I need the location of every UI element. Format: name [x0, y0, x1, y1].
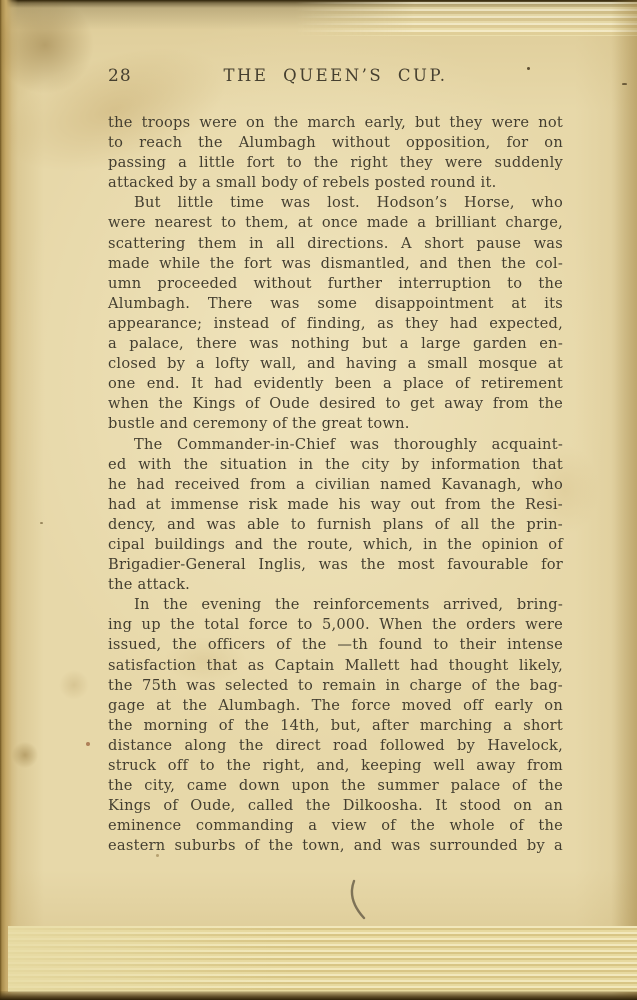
text-line: Brigadier-General Inglis, was the most f… [108, 555, 563, 575]
text-line: Alumbagh. There was some disappointment … [108, 294, 563, 314]
text-line: distance along the direct road followed … [108, 736, 563, 756]
paper-speck [86, 742, 90, 746]
paper-speck [40, 522, 43, 524]
text-line: cipal buildings and the route, which, in… [108, 535, 563, 555]
left-page-edge [0, 0, 18, 1000]
text-line: But little time was lost. Hodson’s Horse… [108, 193, 563, 213]
text-line: had at immense risk made his way out fro… [108, 495, 563, 515]
text-line: struck off to the right, and, keeping we… [108, 756, 563, 776]
right-edge-shading [611, 0, 637, 1000]
text-line: one end. It had evidently been a place o… [108, 374, 563, 394]
paragraph: The Commander-in-Chief was thoroughly ac… [108, 435, 563, 596]
paragraph: In the evening the reinforcements arrive… [108, 595, 563, 856]
text-block: the troops were on the march early, but … [108, 113, 563, 856]
text-line: umn proceeded without further interrupti… [108, 274, 563, 294]
paragraph: But little time was lost. Hodson’s Horse… [108, 193, 563, 434]
text-line: closed by a lofty wall, and having a sma… [108, 354, 563, 374]
text-line: a palace, there was nothing but a large … [108, 334, 563, 354]
paragraph: the troops were on the march early, but … [108, 113, 563, 193]
text-line: The Commander-in-Chief was thoroughly ac… [108, 435, 563, 455]
text-line: he had received from a civilian named Ka… [108, 475, 563, 495]
text-line: gage at the Alumbagh. The force moved of… [108, 696, 563, 716]
text-line: the morning of the 14th, but, after marc… [108, 716, 563, 736]
text-line: passing a little fort to the right they … [108, 153, 563, 173]
text-line: satisfaction that as Captain Mallett had… [108, 656, 563, 676]
bottom-edge-shadow [0, 991, 637, 1000]
text-line: when the Kings of Oude desired to get aw… [108, 394, 563, 414]
text-line: eastern suburbs of the town, and was sur… [108, 836, 563, 856]
text-line: made while the fort was dismantled, and … [108, 254, 563, 274]
running-title: THE QUEEN’S CUP. [108, 66, 563, 85]
text-line: the troops were on the march early, but … [108, 113, 563, 133]
paper-stain [52, 665, 96, 705]
text-line: scattering them in all directions. A sho… [108, 234, 563, 254]
pen-mark [346, 878, 372, 922]
page-header: 28 THE QUEEN’S CUP. [108, 66, 563, 92]
top-page-edges [295, 2, 637, 36]
text-line: the attack. [108, 575, 563, 595]
text-line: the 75th was selected to remain in charg… [108, 676, 563, 696]
text-line: issued, the officers of the —th found to… [108, 635, 563, 655]
text-line: bustle and ceremony of the great town. [108, 414, 563, 434]
text-line: In the evening the reinforcements arrive… [108, 595, 563, 615]
book-page-scan: 28 THE QUEEN’S CUP. the troops were on t… [0, 0, 637, 1000]
bottom-page-stack [8, 926, 637, 992]
text-line: dency, and was able to furnish plans of … [108, 515, 563, 535]
text-line: to reach the Alumbagh without opposition… [108, 133, 563, 153]
text-line: eminence commanding a view of the whole … [108, 816, 563, 836]
text-line: appearance; instead of finding, as they … [108, 314, 563, 334]
text-line: Kings of Oude, called the Dilkoosha. It … [108, 796, 563, 816]
text-line: ing up the total force to 5,000. When th… [108, 615, 563, 635]
text-line: the city, came down upon the summer pala… [108, 776, 563, 796]
page-number: 28 [108, 66, 132, 86]
text-line: attacked by a small body of rebels poste… [108, 173, 563, 193]
text-line: were nearest to them, at once made a bri… [108, 213, 563, 233]
text-line: ed with the situation in the city by inf… [108, 455, 563, 475]
